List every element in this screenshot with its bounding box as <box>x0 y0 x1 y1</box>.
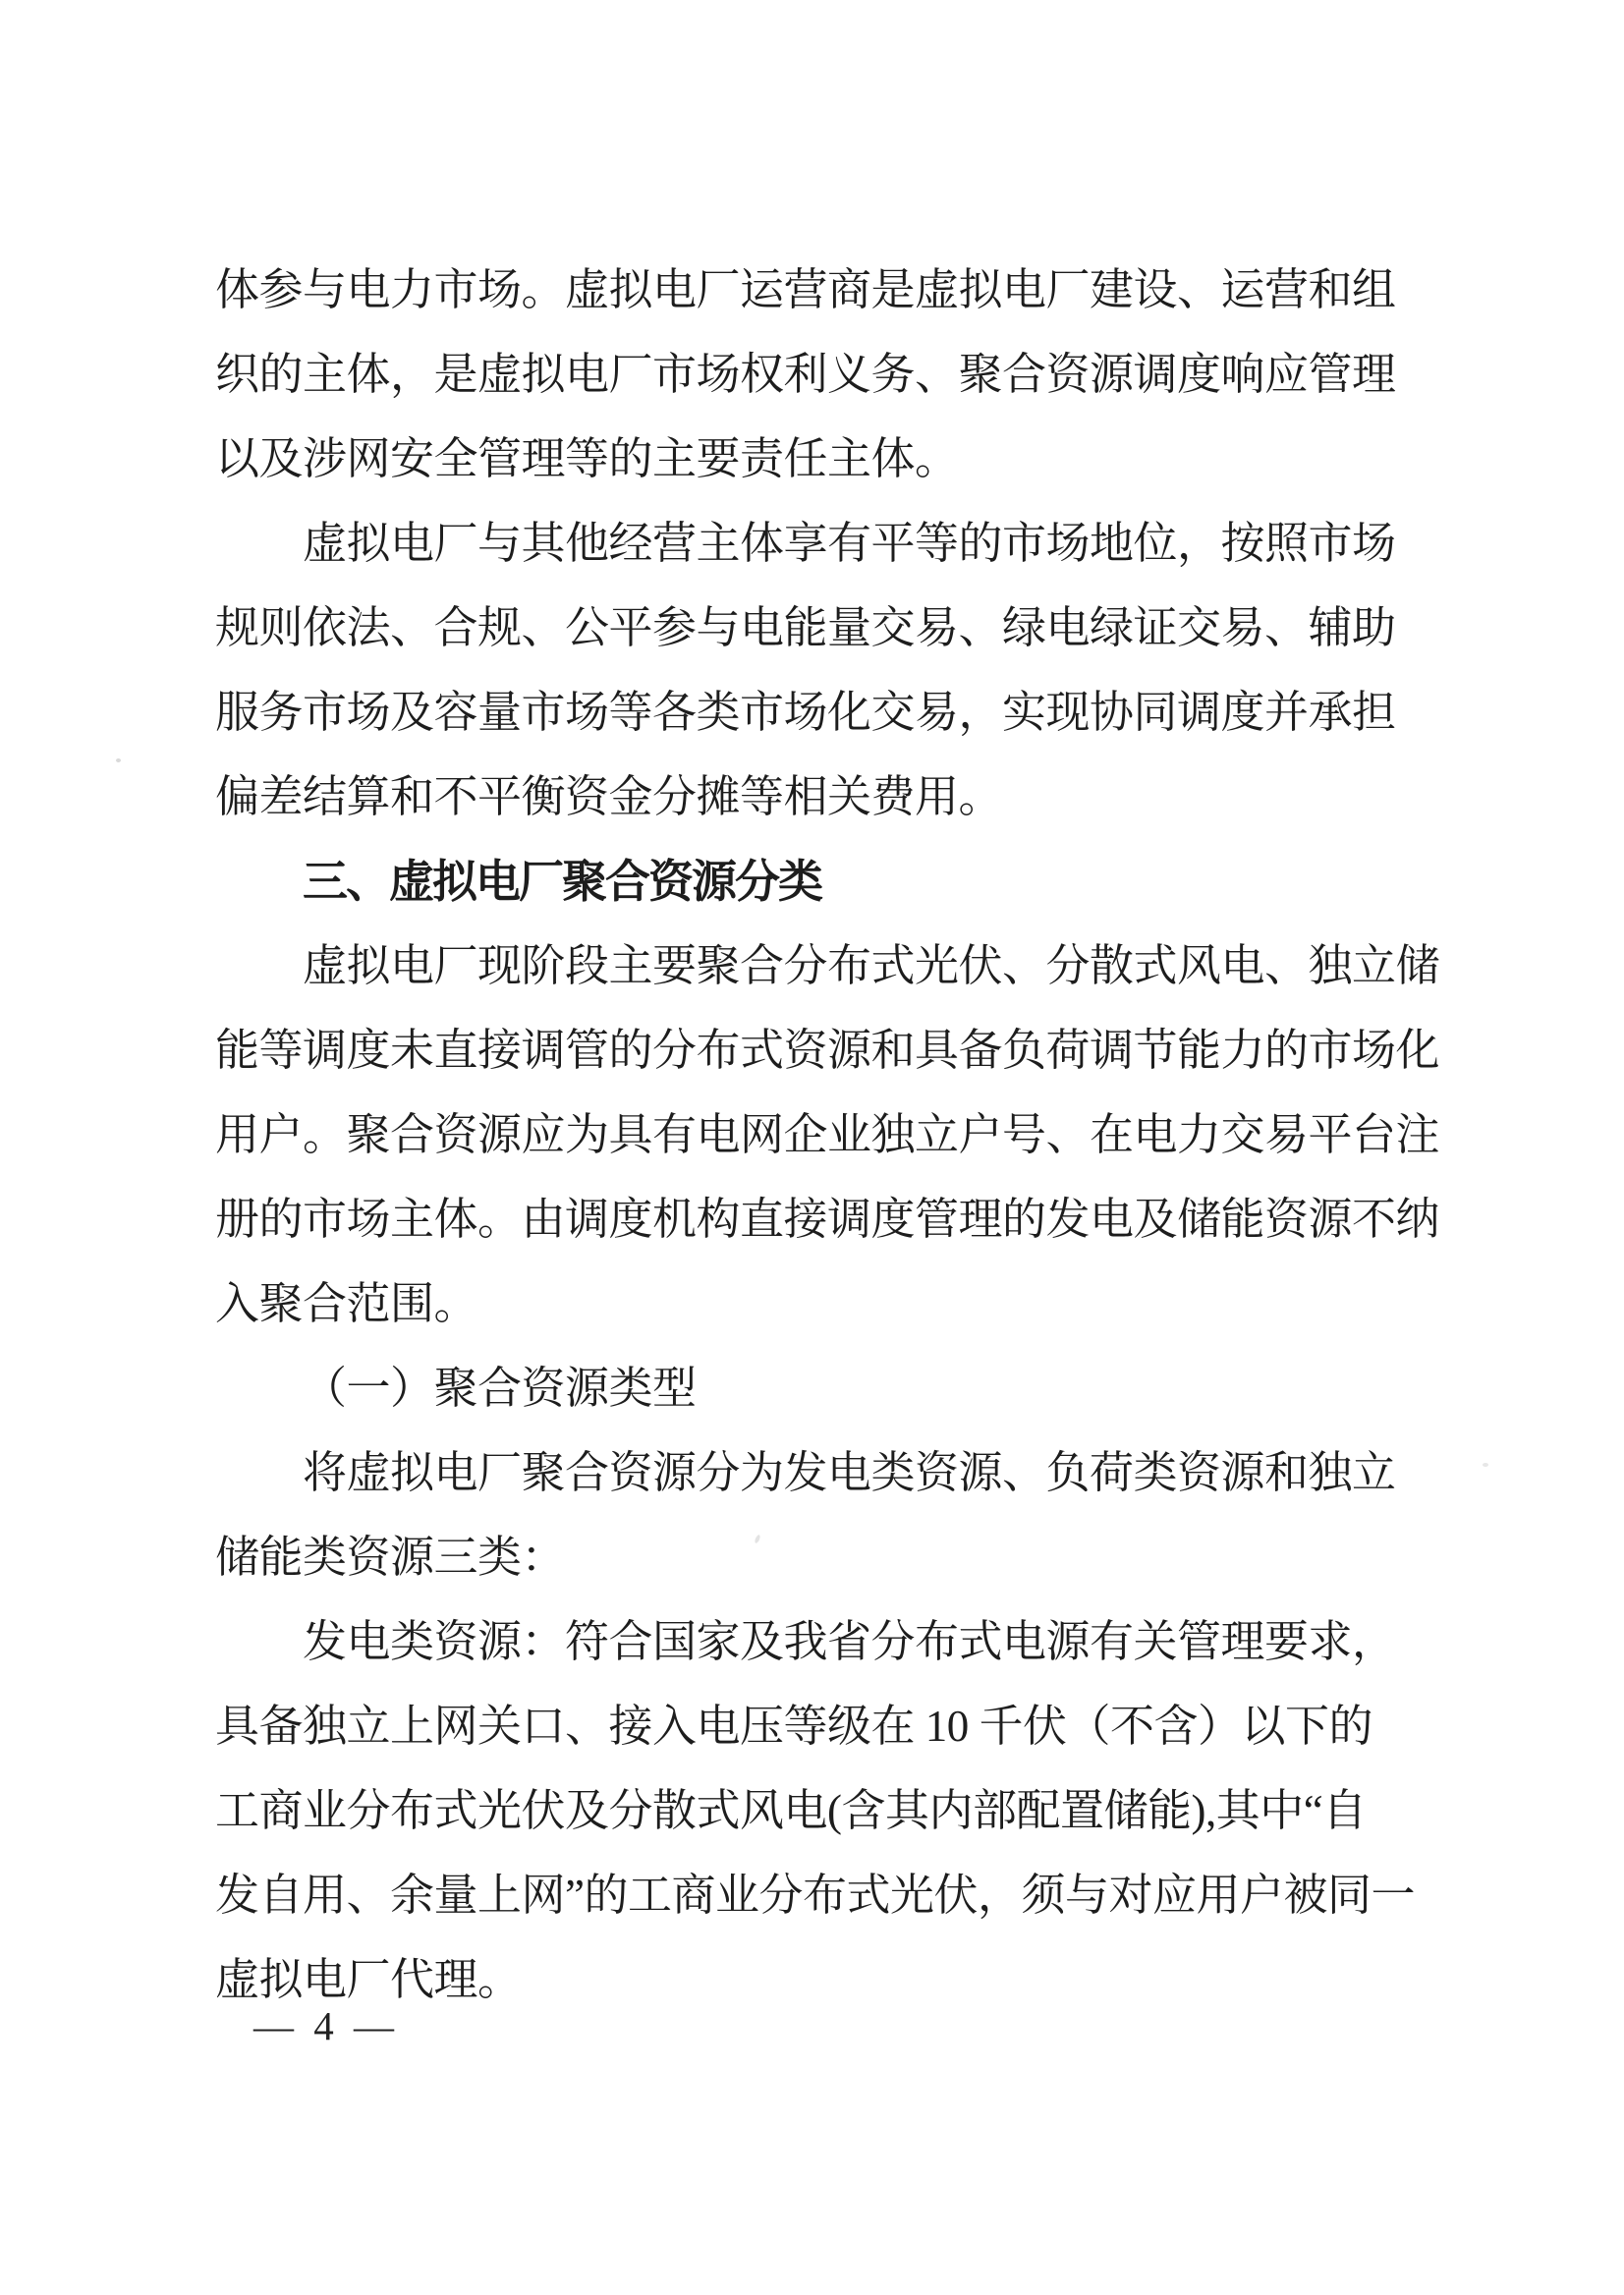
text-line-20: 发自用、余量上网”的工商业分布式光伏，须与对应用户被同一 <box>215 1853 1463 1937</box>
text-line-11: 用户。聚合资源应为具有电网企业独立户号、在电力交易平台注 <box>215 1092 1463 1177</box>
text-line-9: 虚拟电厂现阶段主要聚合分布式光伏、分散式风电、独立储 <box>215 924 1463 1008</box>
text-line-17: 发电类资源：符合国家及我省分布式电源有关管理要求， <box>215 1599 1463 1684</box>
text-line-19: 工商业分布式光伏及分散式风电(含其内部配置储能),其中“自 <box>215 1768 1463 1853</box>
text-line-4: 虚拟电厂与其他经营主体享有平等的市场地位，按照市场 <box>215 501 1463 586</box>
document-page: 体参与电力市场。虚拟电厂运营商是虚拟电厂建设、运营和组 织的主体，是虚拟电厂市场… <box>0 0 1624 2295</box>
document-body: 体参与电力市场。虚拟电厂运营商是虚拟电厂建设、运营和组 织的主体，是虚拟电厂市场… <box>215 248 1463 2022</box>
text-line-1: 体参与电力市场。虚拟电厂运营商是虚拟电厂建设、运营和组 <box>215 248 1463 332</box>
text-line-7: 偏差结算和不平衡资金分摊等相关费用。 <box>215 755 1463 839</box>
text-line-12: 册的市场主体。由调度机构直接调度管理的发电及储能资源不纳 <box>215 1177 1463 1261</box>
subsection-title: （一）聚合资源类型 <box>215 1346 1463 1430</box>
text-line-3: 以及涉网安全管理等的主要责任主体。 <box>215 417 1463 501</box>
scan-speck <box>116 758 121 762</box>
text-line-5: 规则依法、合规、公平参与电能量交易、绿电绿证交易、辅助 <box>215 586 1463 670</box>
text-line-18: 具备独立上网关口、接入电压等级在 10 千伏（不含）以下的 <box>215 1684 1463 1768</box>
text-line-6: 服务市场及容量市场等各类市场化交易，实现协同调度并承担 <box>215 670 1463 755</box>
text-line-10: 能等调度未直接调管的分布式资源和具备负荷调节能力的市场化 <box>215 1008 1463 1092</box>
section-heading: 三、虚拟电厂聚合资源分类 <box>215 839 1463 924</box>
text-line-21: 虚拟电厂代理。 <box>215 1937 1463 2022</box>
text-line-15: 将虚拟电厂聚合资源分为发电类资源、负荷类资源和独立 <box>215 1430 1463 1515</box>
scan-speck <box>1483 1463 1488 1467</box>
text-line-2: 织的主体，是虚拟电厂市场权利义务、聚合资源调度响应管理 <box>215 332 1463 417</box>
page-number: — 4 — <box>253 2002 399 2049</box>
text-line-13: 入聚合范围。 <box>215 1261 1463 1346</box>
text-line-16: 储能类资源三类： <box>215 1515 1463 1599</box>
